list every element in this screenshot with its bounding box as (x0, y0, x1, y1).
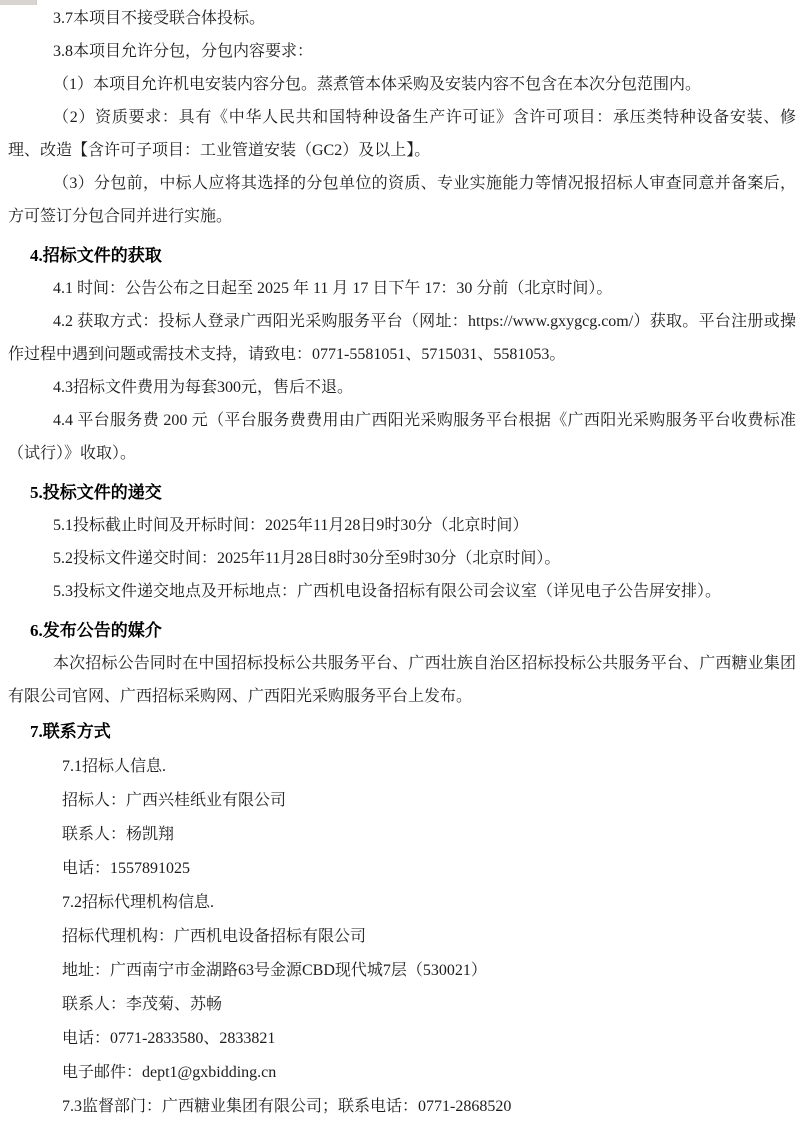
clause-5-3: 5.3投标文件递交地点及开标地点：广西机电设备招标有限公司会议室（详见电子公告屏… (8, 575, 796, 608)
agency-address: 地址：广西南宁市金湖路63号金源CBD现代城7层（530021） (8, 954, 796, 988)
bidder-name: 招标人：广西兴桂纸业有限公司 (8, 784, 796, 818)
agency-email: 电子邮件：dept1@gxbidding.cn (8, 1056, 796, 1090)
agency-phone: 电话：0771-2833580、2833821 (8, 1022, 796, 1056)
clause-7-3-supervision: 7.3监督部门：广西糖业集团有限公司；联系电话：0771-2868520 (8, 1090, 796, 1124)
clause-5-2: 5.2投标文件递交时间：2025年11月28日8时30分至9时30分（北京时间）… (8, 542, 796, 575)
clause-4-2: 4.2 获取方式：投标人登录广西阳光采购服务平台（网址：https://www.… (8, 305, 796, 371)
clause-3-8-item-3: （3）分包前，中标人应将其选择的分包单位的资质、专业实施能力等情况报招标人审查同… (8, 167, 796, 233)
clause-3-7: 3.7本项目不接受联合体投标。 (8, 2, 796, 35)
clause-7-2: 7.2招标代理机构信息. (8, 886, 796, 920)
page-corner-artifact (0, 0, 37, 5)
agency-contact-person: 联系人：李茂菊、苏畅 (8, 988, 796, 1022)
section-7-heading: 7.联系方式 (30, 715, 796, 748)
section-6-body: 本次招标公告同时在中国招标投标公共服务平台、广西壮族自治区招标投标公共服务平台、… (8, 647, 796, 713)
clause-4-1: 4.1 时间：公告公布之日起至 2025 年 11 月 17 日下午 17：30… (8, 272, 796, 305)
clause-3-8: 3.8本项目允许分包，分包内容要求： (8, 35, 796, 68)
section-4-heading: 4.招标文件的获取 (30, 239, 796, 272)
section-6-heading: 6.发布公告的媒介 (30, 614, 796, 647)
tender-notice-document: 3.7本项目不接受联合体投标。 3.8本项目允许分包，分包内容要求： （1）本项… (0, 0, 802, 1125)
bidder-contact-person: 联系人：杨凯翔 (8, 818, 796, 852)
clause-4-3: 4.3招标文件费用为每套300元，售后不退。 (8, 371, 796, 404)
clause-5-1: 5.1投标截止时间及开标时间：2025年11月28日9时30分（北京时间） (8, 509, 796, 542)
bidder-phone: 电话：1557891025 (8, 852, 796, 886)
clause-7-1: 7.1招标人信息. (8, 750, 796, 784)
clause-3-8-item-2: （2）资质要求：具有《中华人民共和国特种设备生产许可证》含许可项目：承压类特种设… (8, 101, 796, 167)
clause-3-8-item-1: （1）本项目允许机电安装内容分包。蒸煮管本体采购及安装内容不包含在本次分包范围内… (8, 68, 796, 101)
clause-4-4: 4.4 平台服务费 200 元（平台服务费费用由广西阳光采购服务平台根据《广西阳… (8, 404, 796, 470)
agency-name: 招标代理机构：广西机电设备招标有限公司 (8, 920, 796, 954)
section-5-heading: 5.投标文件的递交 (30, 476, 796, 509)
